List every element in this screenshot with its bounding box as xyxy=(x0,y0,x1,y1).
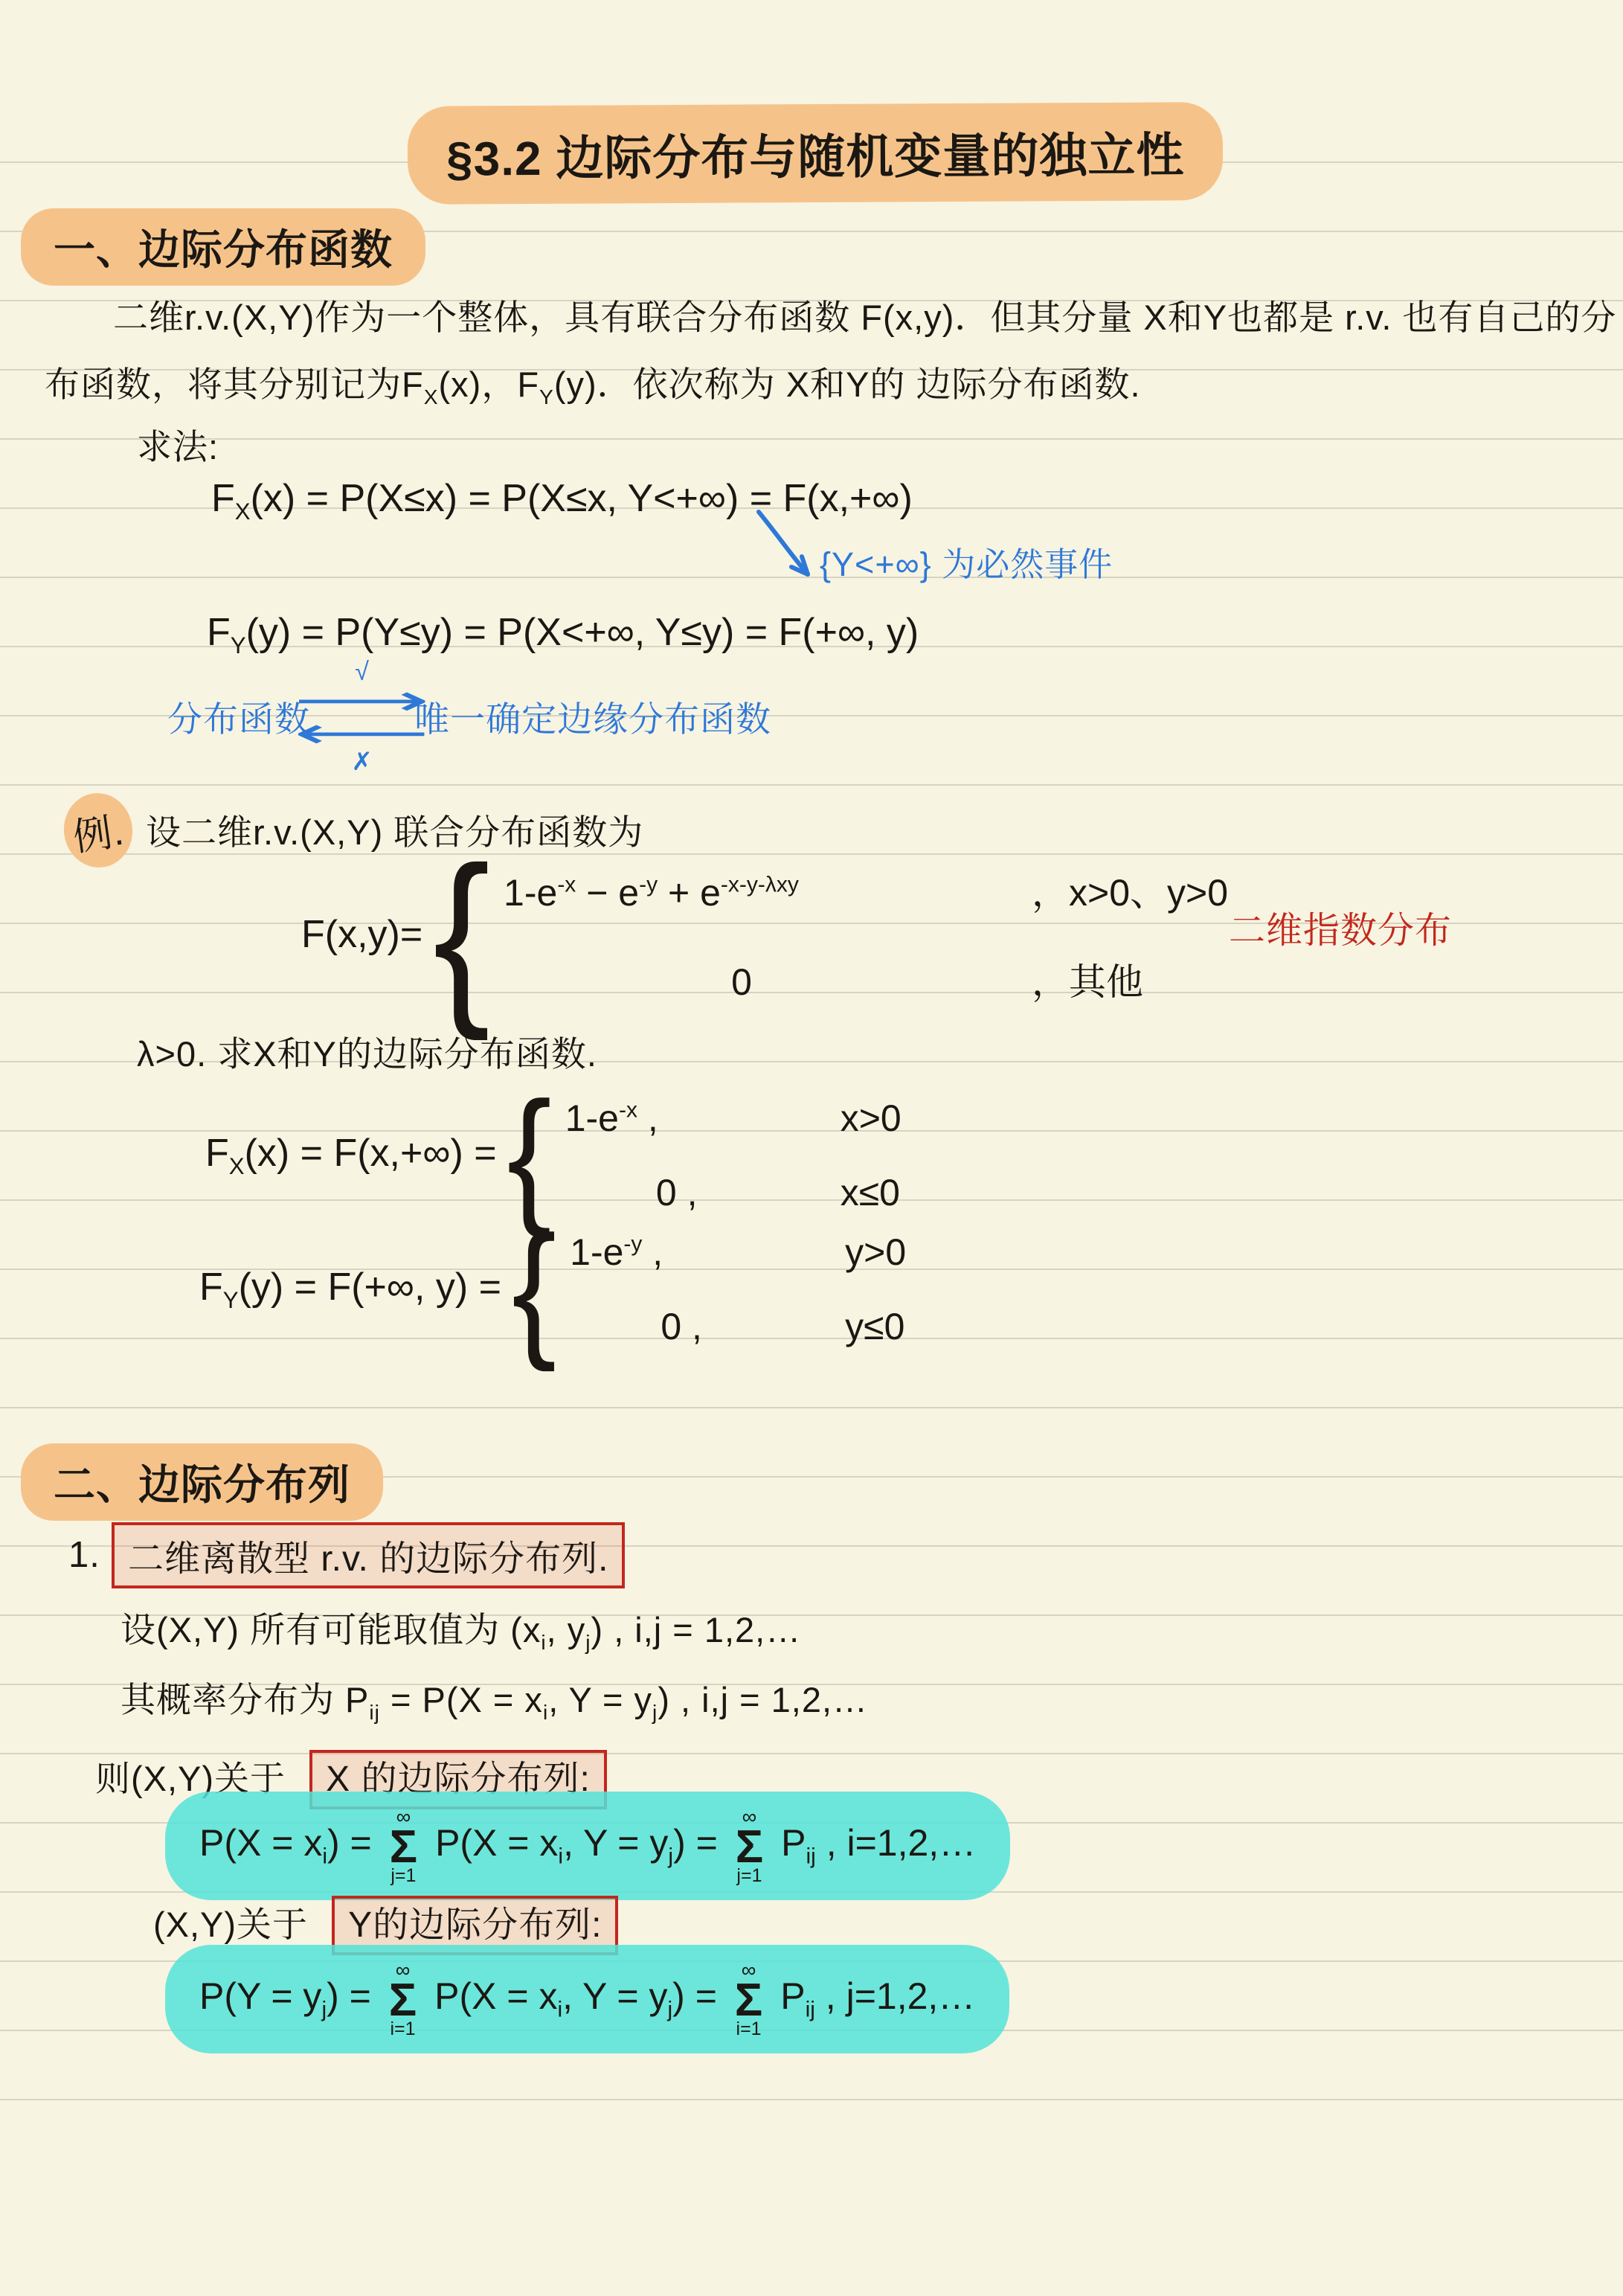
joint-cdf-lhs: F(x,y)= xyxy=(301,912,422,957)
fy-cond1: y>0 xyxy=(845,1231,906,1274)
joint-cdf-piecewise: F(x,y)= { 1-e-x − e-y + e-x-y-λxy ，x>0、y… xyxy=(301,857,1228,1011)
joint-cdf-case2: 0 xyxy=(504,961,1032,1004)
method-label: 求法: xyxy=(137,426,219,469)
relation-note: 分布函数 √ ⟶ ⟵ ✗ 唯一确定边缘分布函数 xyxy=(167,659,771,775)
annotation-arrow-icon xyxy=(753,509,824,589)
marginal-y-prefix: (X,Y)关于 xyxy=(153,1905,308,1944)
section-heading-marginal-distribution-function: 一、边际分布函数 xyxy=(21,208,425,286)
page-title: §3.2 边际分布与随机变量的独立性 xyxy=(408,102,1224,205)
fx-case1: 1-e-x , xyxy=(565,1097,841,1140)
fx-cond1: x>0 xyxy=(841,1097,902,1140)
marginal-y-formula: P(Y = yj) = ∞Σi=1 P(X = xi, Y = yj) = ∞Σ… xyxy=(165,1945,1009,2053)
formula-fy-definition: FY(y) = P(Y≤y) = P(X<+∞, Y≤y) = F(+∞, y) xyxy=(207,610,919,659)
probability-distribution-line: 其概率分布为 Pij = P(X = xi, Y = yj) , i,j = 1… xyxy=(120,1678,868,1725)
certain-event-note: {Y<+∞} 为必然事件 xyxy=(820,537,1113,586)
bivariate-exponential-note: 二维指数分布 xyxy=(1229,902,1452,954)
piecewise-brace: { xyxy=(433,848,490,1021)
fy-cond2: y≤0 xyxy=(845,1305,906,1348)
example-badge: 例. xyxy=(59,789,137,872)
notebook-page: §3.2 边际分布与随机变量的独立性 一、边际分布函数 二维r.v.(X,Y)作… xyxy=(0,0,1623,2296)
fx-lhs: FX(x) = F(x,+∞) = xyxy=(205,1131,497,1180)
arrow-left-icon: ⟵ xyxy=(294,717,431,750)
fx-piecewise: FX(x) = F(x,+∞) = { 1-e-x , x>0 0 , x≤0 xyxy=(205,1095,902,1216)
relation-right-label: 唯一确定边缘分布函数 xyxy=(414,692,771,742)
joint-cdf-cond2: ，其他 xyxy=(1032,952,1228,1006)
fy-piecewise: FY(y) = F(+∞, y) = { 1-e-y , y>0 0 , y≤0 xyxy=(199,1229,906,1350)
fy-case2: 0 , xyxy=(570,1305,845,1348)
discrete-marginal-pmf-box: 二维离散型 r.v. 的边际分布列. xyxy=(112,1522,625,1588)
fy-lhs: FY(y) = F(+∞, y) = xyxy=(199,1265,501,1314)
possible-values-line: 设(X,Y) 所有可能取值为 (xi, yj) , i,j = 1,2,… xyxy=(120,1609,801,1655)
piecewise-brace: { xyxy=(512,1222,556,1356)
item-number: 1. xyxy=(68,1534,100,1576)
example-task: λ>0. 求X和Y的边际分布函数. xyxy=(137,1033,597,1077)
joint-cdf-cond1: ，x>0、y>0 xyxy=(1032,863,1228,917)
example-intro: 设二维r.v.(X,Y) 联合分布函数为 xyxy=(146,811,643,855)
piecewise-brace: { xyxy=(507,1088,552,1222)
paragraph-line-1: 二维r.v.(X,Y)作为一个整体，具有联合分布函数 F(x,y)．但其分量 X… xyxy=(113,296,1616,340)
fy-case1: 1-e-y , xyxy=(570,1231,845,1274)
section-heading-marginal-pmf: 二、边际分布列 xyxy=(21,1443,383,1521)
bidirectional-arrow-icon: √ ⟶ ⟵ ✗ xyxy=(331,659,393,775)
joint-cdf-case1: 1-e-x − e-y + e-x-y-λxy xyxy=(504,871,1032,914)
paragraph-line-2: 布函数，将其分别记为FX(x)，FY(y)．依次称为 X和Y的 边际分布函数. xyxy=(45,363,1141,410)
fx-case2: 0 , xyxy=(565,1171,841,1214)
fx-cond2: x≤0 xyxy=(841,1171,902,1214)
relation-left-label: 分布函数 xyxy=(167,692,310,742)
marginal-x-formula: P(X = xi) = ∞Σj=1 P(X = xi, Y = yj) = ∞Σ… xyxy=(165,1792,1010,1900)
